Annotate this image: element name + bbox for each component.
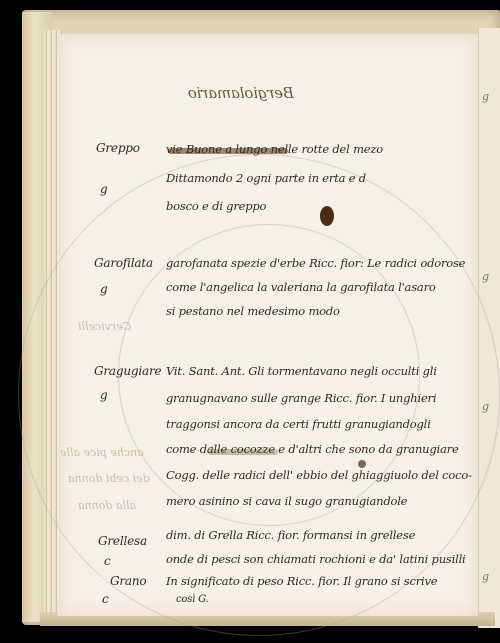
bleedthrough-line: alla donna xyxy=(78,499,136,512)
entry-line: Dittamondo 2 ogni parte in erta e d xyxy=(166,171,366,185)
bleedthrough-line: dei cebi donna xyxy=(68,472,150,485)
right-leaf xyxy=(478,28,500,628)
facing-page-marks: g xyxy=(482,270,489,283)
entry-line: mero asinino si cava il sugo granugiando… xyxy=(166,494,407,508)
entry-line: come l'angelica la valeriana la garofila… xyxy=(166,280,436,294)
margin-mark: g xyxy=(100,282,107,296)
margin-term-grano: Grano xyxy=(110,574,146,588)
entry-line: Cogg. delle radici dell' ebbio del ghiag… xyxy=(166,468,472,482)
ink-blot xyxy=(358,460,366,468)
entry-line: In significato di peso Ricc. fior. Il gr… xyxy=(166,574,437,588)
entry-line: onde di pesci son chiamati rochioni e da… xyxy=(166,552,466,566)
entry-line: bosco e di greppo xyxy=(166,199,266,213)
bleedthrough-line: Cervicelli xyxy=(78,320,131,333)
margin-term-grellesa: Grellesa xyxy=(98,534,147,548)
manuscript-page: Bergiolamario Greppo g vie Buone a lungo… xyxy=(58,34,478,616)
entry-line: come dalle cocozze e d'altri che sono da… xyxy=(166,442,459,456)
entry-line: si pestano nel medesimo modo xyxy=(166,304,340,318)
entry-line: granugnavano sulle grange Ricc. fior. I … xyxy=(166,391,436,405)
ink-blot xyxy=(320,206,334,226)
margin-mark: g xyxy=(100,388,107,402)
margin-mark: g xyxy=(100,182,107,196)
facing-page-marks: g xyxy=(482,570,489,583)
margin-term-garofilata: Garofilata xyxy=(94,256,153,270)
entry-line: traggonsi ancora da certi frutti granugi… xyxy=(166,417,431,431)
margin-term-gragugiare: Gragugiare xyxy=(94,364,161,378)
facing-page-marks: g xyxy=(482,400,489,413)
facing-page-marks: g xyxy=(482,90,489,103)
entry-line: Vit. Sant. Ant. Gli tormentavano negli o… xyxy=(166,364,437,378)
entry-line: così G. xyxy=(176,594,209,605)
margin-mark: c xyxy=(104,554,111,568)
margin-term-greppo: Greppo xyxy=(96,141,140,155)
bleedthrough-line: anche pice alle xyxy=(60,446,144,459)
margin-mark: c xyxy=(102,592,109,606)
entry-line: vie Buone a lungo nelle rotte del mezo xyxy=(166,142,383,156)
entry-line: dim. di Grella Ricc. fior. formansi in g… xyxy=(166,528,415,542)
entry-line: garofanata spezie d'erbe Ricc. fior: Le … xyxy=(166,256,465,270)
bleedthrough-heading: Bergiolamario xyxy=(188,84,294,102)
